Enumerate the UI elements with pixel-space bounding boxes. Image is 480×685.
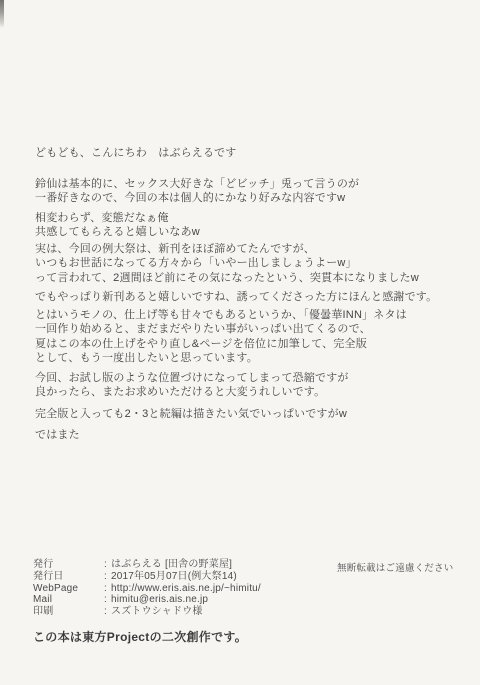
paragraph-farewell: ではまた	[35, 428, 454, 443]
greeting-paragraph: どもども、こんにちわ はぶらえるです	[35, 146, 454, 161]
derivative-work-note: この本は東方Projectの二次創作です。	[33, 628, 247, 645]
paragraph-sequel: 完全版と入っても2・3と続編は描きたい気でいっぱいですがw	[35, 407, 454, 422]
text-line: 一回作り始めると、まだまだやりたい事がいっぱい出てくるので、	[35, 322, 454, 337]
colophon-row-mail: Mail : himitu@eris.ais.ne.jp	[33, 594, 261, 606]
colophon-value: はぶらえる [田舎の野菜屋]	[111, 559, 232, 571]
colophon-block: 発行 : はぶらえる [田舎の野菜屋] 発行日 : 2017年05月07日(例大…	[33, 559, 261, 618]
colophon-row-date: 発行日 : 2017年05月07日(例大祭14)	[33, 571, 261, 583]
afterword-text-block: どもども、こんにちわ はぶらえるです 鈴仙は基本的に、セックス大好きな「どビッチ…	[35, 146, 454, 448]
text-line: 今回、お試し版のような位置づけになってしまって恐縮ですが	[35, 371, 454, 386]
colophon-value: 2017年05月07日(例大祭14)	[111, 571, 237, 583]
colophon-separator: :	[104, 571, 111, 583]
paragraph-likes: 鈴仙は基本的に、セックス大好きな「どビッチ」兎って言うのが 一番好きなので、今回…	[35, 177, 454, 206]
colophon-separator: :	[104, 583, 111, 595]
paragraph-reitaisai: 実は、今回の例大祭は、新刊をほぼ諦めてたんですが、 いつもお世話になってる方々か…	[35, 242, 454, 286]
colophon-label: 発行	[33, 559, 104, 571]
text-line: 良かったら、またお求めいただけると大変うれしいです。	[35, 385, 454, 400]
scanned-afterword-page: どもども、こんにちわ はぶらえるです 鈴仙は基本的に、セックス大好きな「どビッチ…	[0, 0, 480, 685]
colophon-email: himitu@eris.ais.ne.jp	[111, 594, 208, 606]
colophon-label: Mail	[33, 594, 104, 606]
text-line: ではまた	[35, 428, 454, 443]
paragraph-trial-version: 今回、お試し版のような位置づけになってしまって恐縮ですが 良かったら、またお求め…	[35, 371, 454, 400]
text-line: とはいうモノの、仕上げ等も甘々でもあるというか、「優曇華INN」ネタは	[35, 308, 454, 323]
scan-edge-artifact	[0, 0, 4, 28]
text-line: どもども、こんにちわ はぶらえるです	[35, 146, 454, 161]
text-line: 相変わらず、変態だなぁ俺	[35, 211, 454, 226]
no-reproduction-notice: 無断転載はご遠慮ください	[337, 560, 453, 574]
text-line: 共感してもらえると嬉しいなあw	[35, 225, 454, 240]
colophon-url: http://www.eris.ais.ne.jp/~himitu/	[111, 583, 261, 595]
text-line: でもやっぱり新刊あると嬉しいですね、誘ってくださった方にほんと感謝です。	[35, 290, 454, 305]
paragraph-hentai: 相変わらず、変態だなぁ俺 共感してもらえると嬉しいなあw	[35, 211, 454, 240]
text-line: として、もう一度出したいと思っています。	[35, 351, 454, 366]
colophon-value: スズトウシャドウ様	[111, 606, 203, 618]
text-line: って言われて、2週間ほど前にその気になったという、突貫本になりましたw	[35, 271, 454, 286]
text-line: 鈴仙は基本的に、セックス大好きな「どビッチ」兎って言うのが	[35, 177, 454, 192]
colophon-separator: :	[104, 606, 111, 618]
text-line: 実は、今回の例大祭は、新刊をほぼ諦めてたんですが、	[35, 242, 454, 257]
colophon-separator: :	[104, 594, 111, 606]
colophon-row-publisher: 発行 : はぶらえる [田舎の野菜屋]	[33, 559, 261, 571]
text-line: 夏はこの本の仕上げをやり直し&ページを倍位に加筆して、完全版	[35, 337, 454, 352]
colophon-label: 印刷	[33, 606, 104, 618]
paragraph-thanks: でもやっぱり新刊あると嬉しいですね、誘ってくださった方にほんと感謝です。	[35, 290, 454, 305]
colophon-row-webpage: WebPage : http://www.eris.ais.ne.jp/~him…	[33, 583, 261, 595]
paragraph-complete-edition: とはいうモノの、仕上げ等も甘々でもあるというか、「優曇華INN」ネタは 一回作り…	[35, 308, 454, 366]
text-line: いつもお世話になってる方々から「いやー出しましょうよーw」	[35, 256, 454, 271]
colophon-label: WebPage	[33, 583, 104, 595]
text-line: 完全版と入っても2・3と続編は描きたい気でいっぱいですがw	[35, 407, 454, 422]
colophon-row-printer: 印刷 : スズトウシャドウ様	[33, 606, 261, 618]
colophon-separator: :	[104, 559, 111, 571]
text-line: 一番好きなので、今回の本は個人的にかなり好みな内容ですw	[35, 191, 454, 206]
colophon-label: 発行日	[33, 571, 104, 583]
